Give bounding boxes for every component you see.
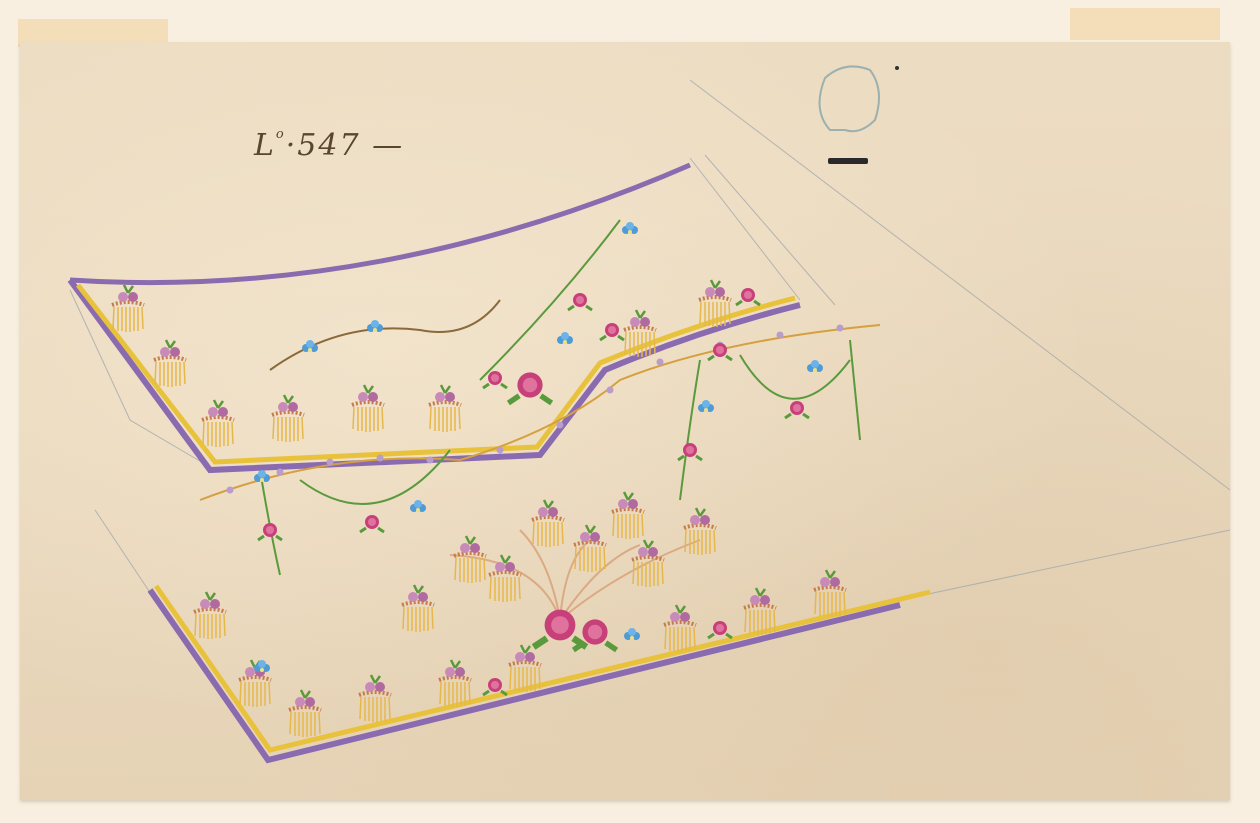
bead-garland: [200, 325, 880, 576]
embroidery-drawing: [0, 0, 1260, 823]
collection-stamp-icon: [820, 66, 899, 164]
